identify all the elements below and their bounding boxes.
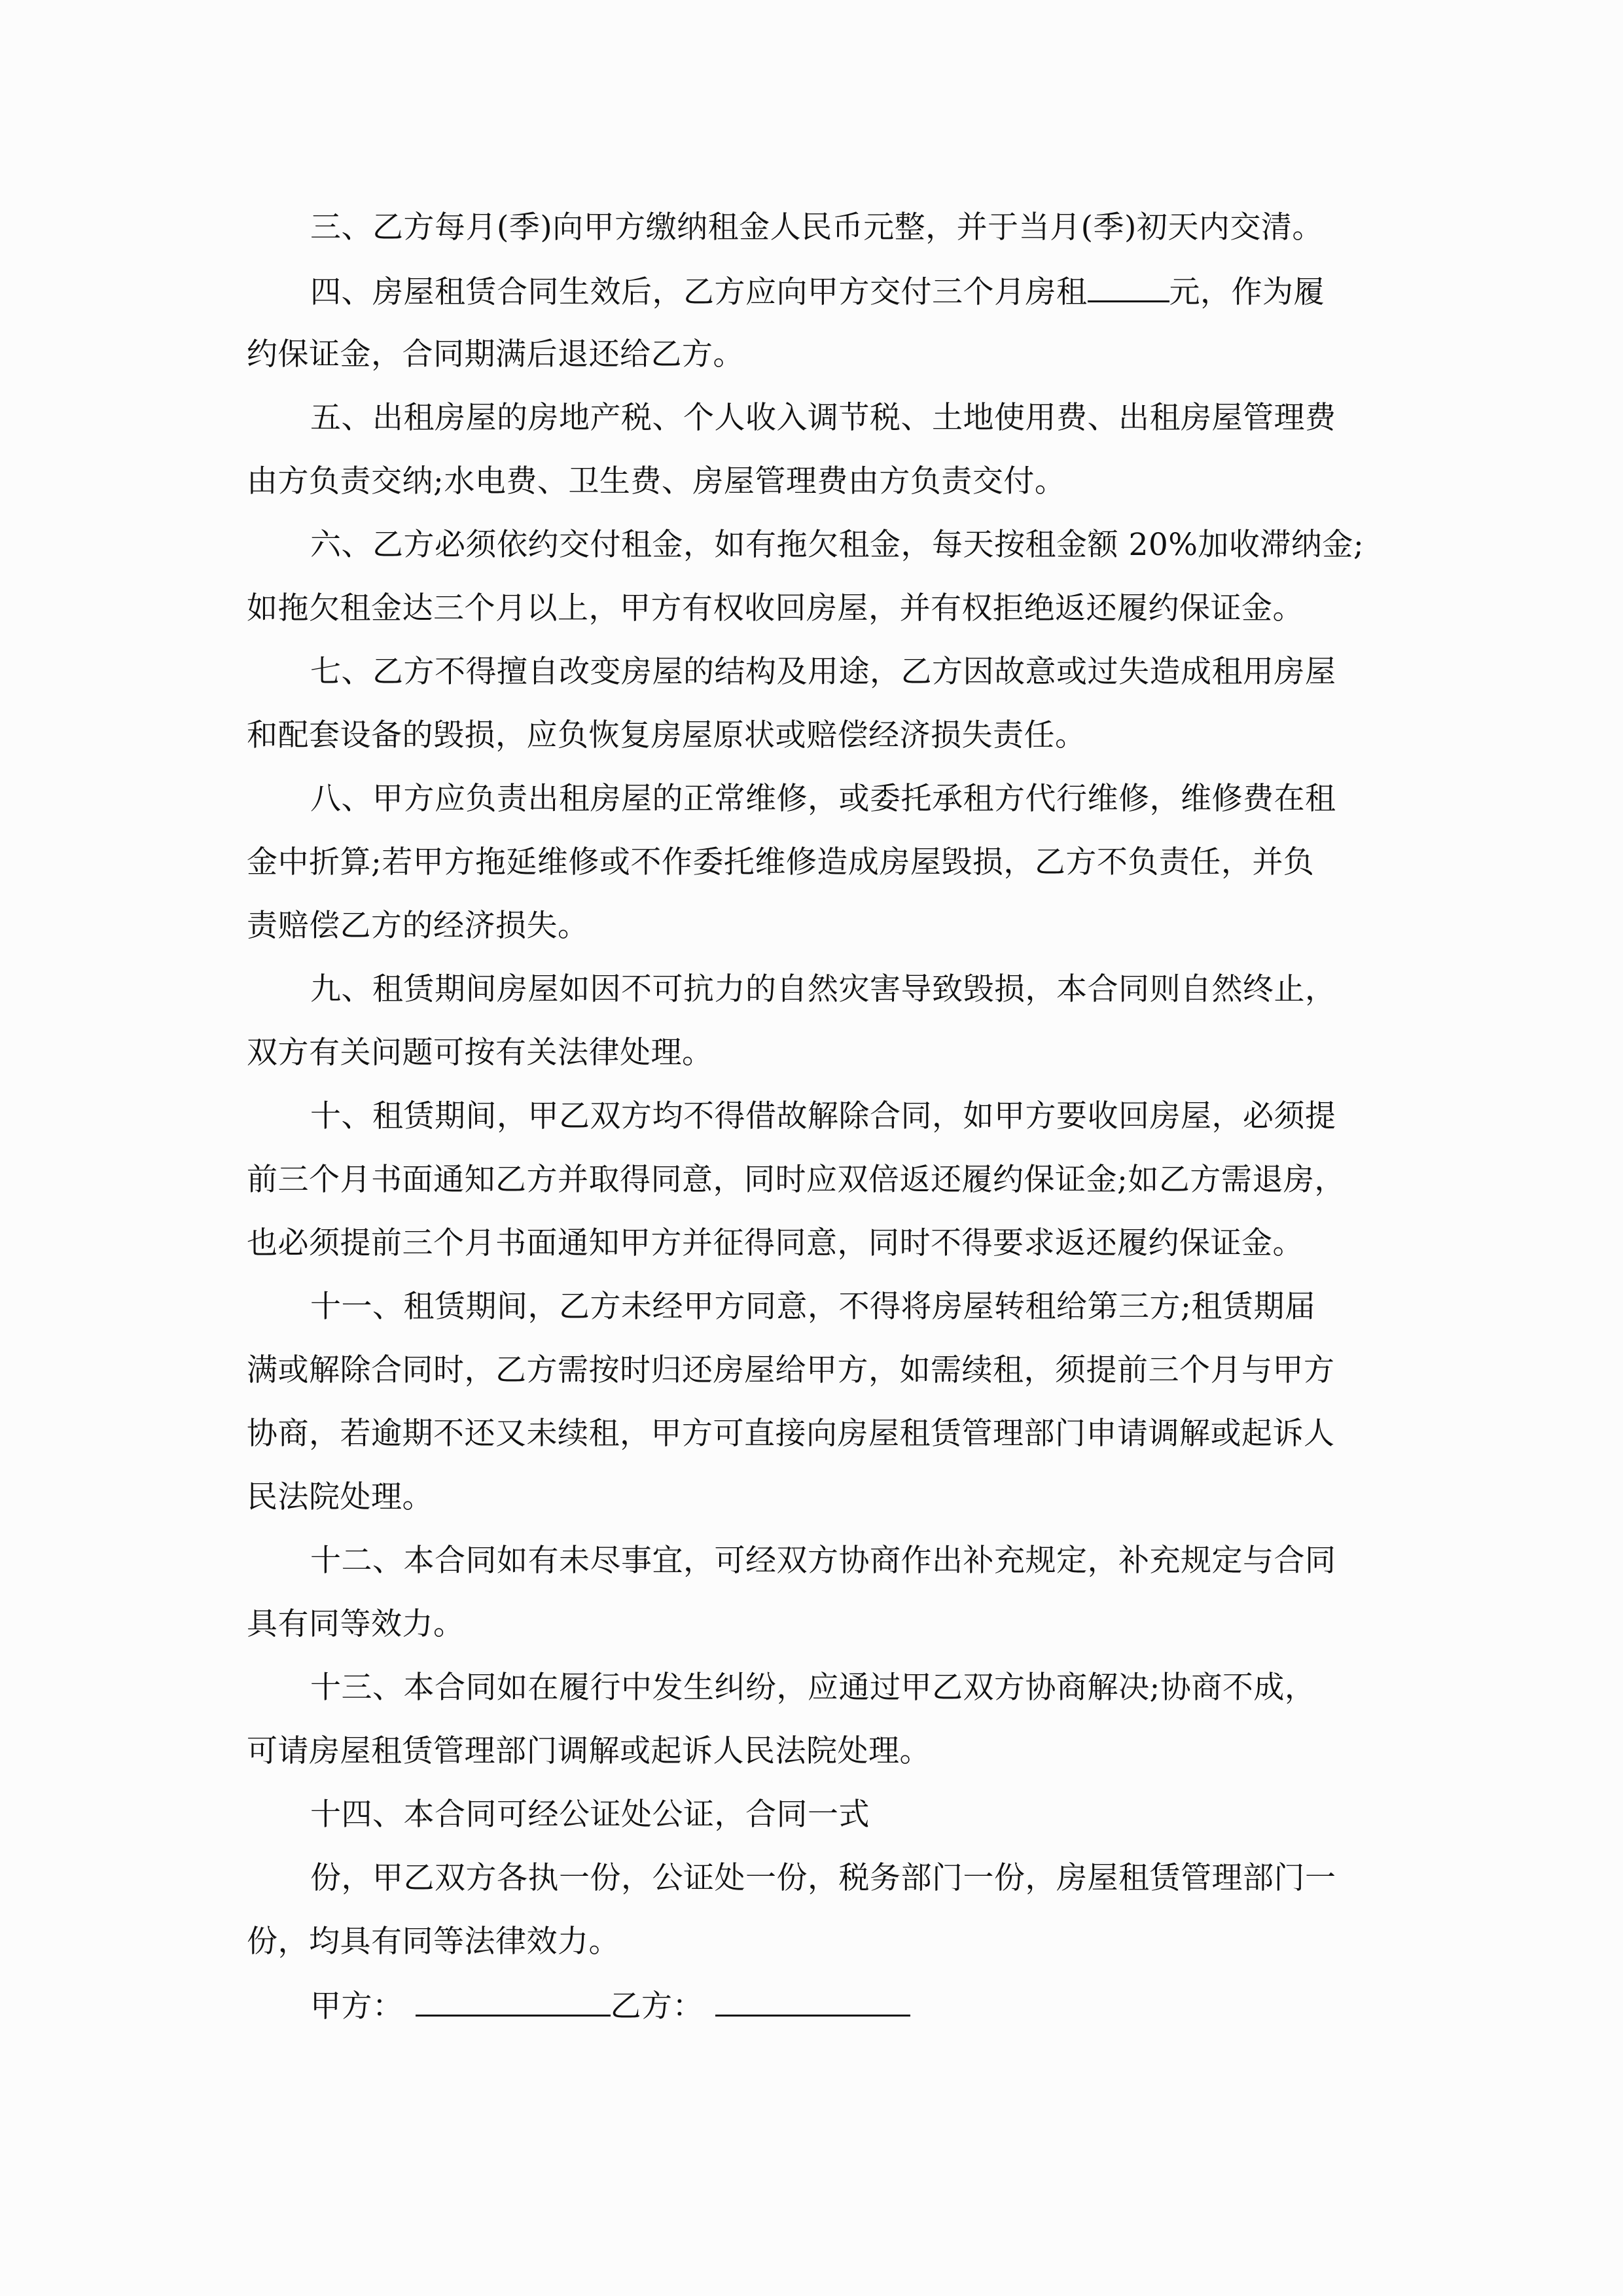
clause-7-line-2: 和配套设备的毁损，应负恢复房屋原状或赔偿经济损失责任。 [247,716,1385,755]
clause-8-line-2: 金中折算;若甲方拖延维修或不作委托维修造成房屋毁损，乙方不负责任，并负 [247,843,1385,882]
clause-4-line-1: 四、房屋租赁合同生效后，乙方应向甲方交付三个月房租元，作为履 [310,272,1449,311]
clause-5-line-2: 由方负责交纳;水电费、卫生费、房屋管理费由方负责交付。 [247,462,1385,501]
clause-8-line-3: 责赔偿乙方的经济损失。 [247,906,1385,946]
clause-12-line-2: 具有同等效力。 [247,1605,1385,1644]
clause-11-line-2: 满或解除合同时，乙方需按时归还房屋给甲方，如需续租，须提前三个月与甲方 [247,1351,1385,1390]
clause-7-line-1: 七、乙方不得擅自改变房屋的结构及用途，乙方因故意或过失造成租用房屋 [310,653,1449,692]
clause-13-line-2: 可请房屋租赁管理部门调解或起诉人民法院处理。 [247,1732,1385,1771]
clause-9-line-1: 九、租赁期间房屋如因不可抗力的自然灾害导致毁损，本合同则自然终止， [310,970,1449,1009]
clause-10-line-2: 前三个月书面通知乙方并取得同意，同时应双倍返还履约保证金;如乙方需退房， [247,1160,1385,1200]
clause-4-text-before: 四、房屋租赁合同生效后，乙方应向甲方交付三个月房租 [310,274,1088,310]
clause-10-line-3: 也必须提前三个月书面通知甲方并征得同意，同时不得要求返还履约保证金。 [247,1224,1385,1263]
clause-3-line-1: 三、乙方每月(季)向甲方缴纳租金人民币元整，并于当月(季)初天内交清。 [310,208,1449,247]
clause-10-line-1: 十、租赁期间，甲乙双方均不得借故解除合同，如甲方要收回房屋，必须提 [310,1097,1449,1136]
party-b-signature-field[interactable] [715,1986,910,2017]
party-b-label: 乙方： [611,1987,704,2026]
clause-13-line-1: 十三、本合同如在履行中发生纠纷，应通过甲乙双方协商解决;协商不成， [310,1668,1449,1708]
clause-5-line-1: 五、出租房屋的房地产税、个人收入调节税、土地使用费、出租房屋管理费 [310,399,1449,438]
clause-4-line-2: 约保证金，合同期满后退还给乙方。 [247,335,1385,374]
clause-11-line-4: 民法院处理。 [247,1478,1385,1517]
signature-row: 甲方：乙方： [310,1986,1449,2025]
clause-4-text-after: 元，作为履 [1169,274,1325,310]
clause-6-line-2: 如拖欠租金达三个月以上，甲方有权收回房屋，并有权拒绝返还履约保证金。 [247,589,1385,628]
clause-14-line-2: 份，甲乙双方各执一份，公证处一份，税务部门一份，房屋租赁管理部门一 [310,1859,1449,1898]
party-a-signature-field[interactable] [416,1986,611,2017]
clause-12-line-1: 十二、本合同如有未尽事宜，可经双方协商作出补充规定，补充规定与合同 [310,1541,1449,1581]
document-page: 三、乙方每月(季)向甲方缴纳租金人民币元整，并于当月(季)初天内交清。 四、房屋… [0,0,1623,2296]
clause-11-line-3: 协商，若逾期不还又未续租，甲方可直接向房屋租赁管理部门申请调解或起诉人 [247,1414,1385,1454]
clause-14-line-3: 份，均具有同等法律效力。 [247,1922,1385,1962]
deposit-amount-blank[interactable] [1088,272,1169,302]
clause-11-line-1: 十一、租赁期间，乙方未经甲方同意，不得将房屋转租给第三方;租赁期届 [310,1287,1449,1327]
clause-8-line-1: 八、甲方应负责出租房屋的正常维修，或委托承租方代行维修，维修费在租 [310,780,1449,819]
party-a-label: 甲方： [310,1987,404,2026]
clause-14-line-1: 十四、本合同可经公证处公证，合同一式 [310,1795,1449,1835]
clause-6-line-1: 六、乙方必须依约交付租金，如有拖欠租金，每天按租金额 20%加收滞纳金; [310,526,1449,565]
clause-9-line-2: 双方有关问题可按有关法律处理。 [247,1033,1385,1073]
